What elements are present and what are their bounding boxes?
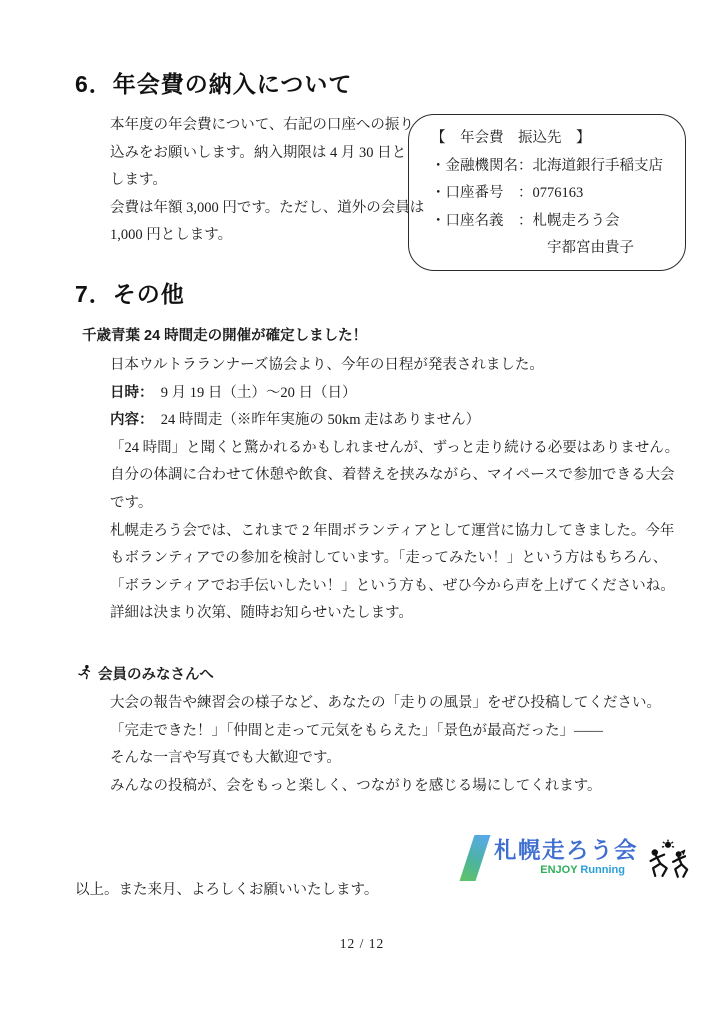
- logo-tagline: ENJOY Running: [494, 864, 625, 876]
- members-heading: 会員のみなさんへ: [77, 663, 214, 684]
- news-title: 千歳青葉 24 時間走の開催が確定しました！: [82, 324, 367, 345]
- bank-transfer-box: 【 年会費 振込先 】 ・金融機関名：北海道銀行手稲支店 ・口座番号 ：0776…: [408, 114, 686, 271]
- datetime-line: 日時： 9 月 19 日（土）～20 日（日）: [110, 380, 670, 408]
- page-number: 12 / 12: [0, 936, 724, 952]
- paragraph-line: 会費は年額 3,000 円です。ただし、道外の会員は: [110, 195, 422, 223]
- paragraph-line: します。: [110, 167, 422, 195]
- members-heading-label: 会員のみなさんへ: [98, 663, 214, 684]
- datetime-label: 日時：: [110, 385, 146, 401]
- logo-tagline-running: Running: [580, 864, 625, 876]
- logo-tagline-enjoy: ENJOY: [540, 864, 577, 876]
- section-7-body: 日本ウルトラランナーズ協会より、今年の日程が発表されました。 日時： 9 月 1…: [110, 352, 670, 628]
- section-6-heading: 6．年会費の納入について: [75, 66, 352, 99]
- club-logo: 札幌走ろう会 ENJOY Running: [463, 831, 695, 891]
- paragraph-line: 1,000 円とします。: [110, 222, 422, 250]
- paragraph-line: 込みをお願いします。納入期限は 4 月 30 日と: [110, 140, 422, 168]
- paragraph-line: 本年度の年会費について、右記の口座への振り: [110, 112, 422, 140]
- closing-line: 以上。また来月、よろしくお願いいたします。: [75, 878, 378, 899]
- paragraph-line: 詳細は決まり次第、随時お知らせいたします。: [110, 600, 670, 628]
- paragraph-line: 「完走できた！」「仲間と走って元気をもらえた」「景色が最高だった」――: [110, 718, 670, 746]
- paragraph-line: 自分の体調に合わせて休憩や飲食、着替えを挟みながら、マイペースで参加できる大会: [110, 462, 670, 490]
- two-runners-with-sun-icon: [645, 837, 691, 890]
- document-page: 6．年会費の納入について 本年度の年会費について、右記の口座への振り 込みをお願…: [0, 0, 724, 1024]
- section-7-heading: 7．その他: [75, 276, 185, 309]
- content-value: 24 時間走（※昨年実施の 50km 走はありません）: [146, 412, 480, 428]
- paragraph-line: もボランティアでの参加を検討しています。「走ってみたい！」という方はもちろん、: [110, 545, 670, 573]
- content-line: 内容： 24 時間走（※昨年実施の 50km 走はありません）: [110, 407, 670, 435]
- runner-icon: [77, 664, 92, 684]
- paragraph-line: 「24 時間」と聞くと驚かれるかもしれませんが、ずっと走り続ける必要はありません…: [110, 435, 670, 463]
- paragraph-line: みんなの投稿が、会をもっと楽しく、つながりを感じる場にしてくれます。: [110, 773, 670, 801]
- paragraph-line: そんな一言や写真でも大歓迎です。: [110, 745, 670, 773]
- logo-name: 札幌走ろう会: [494, 833, 638, 865]
- paragraph-line: 「ボランティアでお手伝いしたい！」という方も、ぜひ今から声を上げてくださいね。: [110, 573, 670, 601]
- paragraph-line: 日本ウルトラランナーズ協会より、今年の日程が発表されました。: [110, 352, 670, 380]
- datetime-value: 9 月 19 日（土）～20 日（日）: [146, 385, 356, 401]
- paragraph-line: 大会の報告や練習会の様子など、あなたの「走りの風景」をぜひ投稿してください。: [110, 690, 670, 718]
- section-6-paragraph: 本年度の年会費について、右記の口座への振り 込みをお願いします。納入期限は 4 …: [110, 112, 422, 250]
- account-holder-name-line: 宇都宮由貴子: [431, 235, 685, 263]
- paragraph-line: です。: [110, 490, 670, 518]
- account-number-line: ・口座番号 ：0776163: [431, 180, 685, 208]
- members-body: 大会の報告や練習会の様子など、あなたの「走りの風景」をぜひ投稿してください。 「…: [110, 690, 670, 800]
- bank-name-line: ・金融機関名：北海道銀行手稲支店: [431, 153, 685, 181]
- logo-stripe: [460, 835, 491, 881]
- paragraph-line: 札幌走ろう会では、これまで 2 年間ボランティアとして運営に協力してきました。今…: [110, 518, 670, 546]
- content-label: 内容：: [110, 412, 146, 428]
- transfer-box-title: 【 年会費 振込先 】: [431, 125, 685, 153]
- account-holder-line: ・口座名義 ：札幌走ろう会: [431, 208, 685, 236]
